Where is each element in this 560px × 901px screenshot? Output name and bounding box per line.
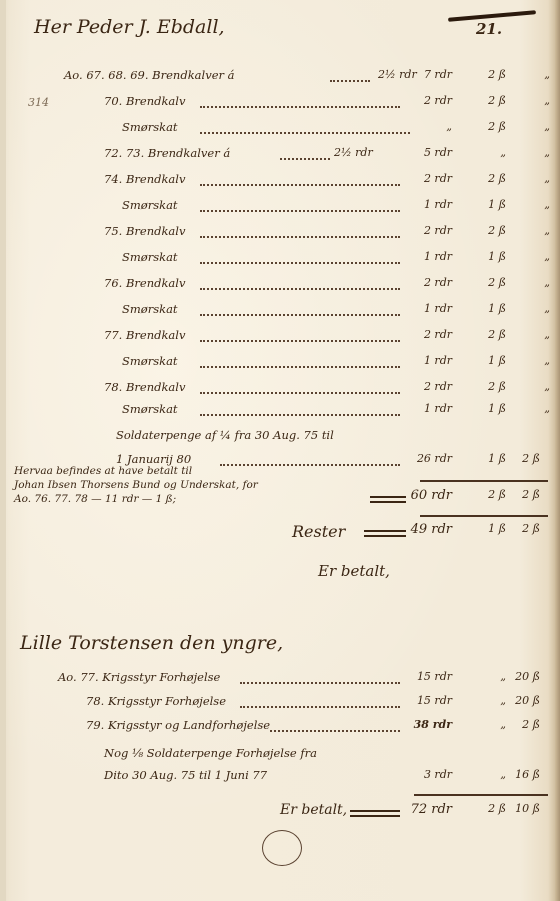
amount-sk: „	[516, 402, 550, 415]
amount-sk: „	[516, 276, 550, 289]
row-label: 79. Krigsstyr og Landforhøjelse	[86, 718, 270, 732]
ledger-row: Smørskat 1 rdr 1 ß „	[0, 302, 560, 322]
amount-rdr: 1 rdr	[390, 402, 452, 415]
dotted-leader	[270, 730, 400, 732]
ledger-row: Ao. 67. 68. 69. Brendkalver á 2½ rdr 7 r…	[0, 68, 560, 88]
amount-rdr: 2 rdr	[390, 224, 452, 237]
amount-sk: 16 ß	[506, 768, 540, 781]
dotted-leader	[200, 392, 400, 394]
paid-note-2: Er betalt,	[280, 802, 347, 818]
amount-ort: „	[462, 670, 506, 683]
amount-rdr: 1 rdr	[390, 198, 452, 211]
dotted-leader	[200, 414, 400, 416]
ledger-total-row: 60 rdr 2 ß 2 ß	[0, 488, 560, 508]
row-label: Dito 30 Aug. 75 til 1 Juni 77	[104, 768, 267, 782]
extra-line-1: Nog ⅛ Soldaterpenge Forhøjelse fra	[104, 746, 317, 760]
note-line: Hervaa befindes at have betalt til	[14, 464, 258, 478]
amount-rdr: 2 rdr	[390, 172, 452, 185]
sum-rule	[414, 794, 548, 796]
ledger-rest-row: Rester 49 rdr 1 ß 2 ß	[0, 522, 560, 542]
dotted-leader	[200, 262, 400, 264]
total-rdr: 60 rdr	[390, 488, 452, 503]
amount-ort: 2 ß	[462, 172, 506, 185]
ledger-row: Dito 30 Aug. 75 til 1 Juni 77 3 rdr „ 16…	[0, 768, 560, 788]
amount-ort: „	[462, 694, 506, 707]
dotted-leader	[200, 366, 400, 368]
amount-rdr: 26 rdr	[390, 452, 452, 465]
amount-sk: „	[516, 224, 550, 237]
amount-ort: 1 ß	[462, 302, 506, 315]
row-label: Ao. 77. Krigsstyr Forhøjelse	[58, 670, 220, 684]
amount-ort: 1 ß	[462, 402, 506, 415]
soldater-line: Soldaterpenge af ¼ fra 30 Aug. 75 til	[116, 428, 334, 442]
row-label: 70. Brendkalv	[104, 94, 185, 108]
amount-ort: 2 ß	[462, 94, 506, 107]
row-label: 77. Brendkalv	[104, 328, 185, 342]
page-number: 21.	[476, 20, 502, 38]
row-label: 75. Brendkalv	[104, 224, 185, 238]
amount-sk: „	[516, 198, 550, 211]
amount-sk: 20 ß	[506, 694, 540, 707]
dotted-leader	[200, 288, 400, 290]
amount-rdr: 38 rdr	[390, 718, 452, 731]
amount-ort: 2 ß	[462, 276, 506, 289]
amount-rdr: 2 rdr	[390, 276, 452, 289]
amount-ort: „	[462, 146, 506, 159]
sum-rule	[420, 515, 548, 517]
dotted-leader	[200, 184, 400, 186]
sum-rule	[420, 480, 548, 482]
rest-ort: 1 ß	[462, 522, 506, 535]
amount-rdr: „	[390, 120, 452, 133]
ledger-row: 78. Brendkalv 2 rdr 2 ß „	[0, 380, 560, 400]
flourish-loop	[262, 830, 302, 866]
ledger-row: Ao. 77. Krigsstyr Forhøjelse 15 rdr „ 20…	[0, 670, 560, 690]
manuscript-page: 21. 314 Her Peder J. Ebdall, Ao. 67. 68.…	[0, 0, 560, 901]
row-label: Smørskat	[122, 250, 178, 264]
amount-rdr: 15 rdr	[390, 694, 452, 707]
amount-rdr: 1 rdr	[390, 354, 452, 367]
ledger-row: 77. Brendkalv 2 rdr 2 ß „	[0, 328, 560, 348]
amount-rdr: 1 rdr	[390, 250, 452, 263]
amount-sk: 20 ß	[506, 670, 540, 683]
amount-rdr: 2 rdr	[390, 328, 452, 341]
dotted-leader	[200, 210, 400, 212]
amount-ort: „	[462, 768, 506, 781]
row-label: Ao. 67. 68. 69. Brendkalver á	[64, 68, 235, 82]
amount-rdr: 7 rdr	[390, 68, 452, 81]
ledger-row: Smørskat 1 rdr 1 ß „	[0, 250, 560, 270]
amount-ort: 1 ß	[462, 250, 506, 263]
row-label: Smørskat	[122, 402, 178, 416]
row-label: 78. Krigsstyr Forhøjelse	[86, 694, 226, 708]
ledger-row: 75. Brendkalv 2 rdr 2 ß „	[0, 224, 560, 244]
ledger-row: 79. Krigsstyr og Landforhøjelse 38 rdr „…	[0, 718, 560, 738]
amount-sk: „	[516, 120, 550, 133]
amount-sk: 2 ß	[506, 452, 540, 465]
amount-ort: 2 ß	[462, 328, 506, 341]
amount-rdr: 5 rdr	[390, 146, 452, 159]
amount-rdr: 15 rdr	[390, 670, 452, 683]
amount-rdr: 1 rdr	[390, 302, 452, 315]
account-1-header: Her Peder J. Ebdall,	[34, 16, 225, 38]
amount-ort: 2 ß	[462, 224, 506, 237]
row-rate: 2½ rdr	[334, 146, 373, 159]
ledger-row: 76. Brendkalv 2 rdr 2 ß „	[0, 276, 560, 296]
amount-rdr: 2 rdr	[390, 94, 452, 107]
ledger-row: Smørskat „ 2 ß „	[0, 120, 560, 140]
dotted-leader	[240, 682, 400, 684]
amount-sk: „	[516, 302, 550, 315]
amount-sk: „	[516, 94, 550, 107]
row-label: 76. Brendkalv	[104, 276, 185, 290]
dotted-leader	[240, 706, 400, 708]
dotted-leader	[280, 158, 330, 160]
dotted-leader	[200, 340, 400, 342]
amount-rdr: 2 rdr	[390, 380, 452, 393]
total-sk: 2 ß	[506, 488, 540, 501]
amount-ort: 2 ß	[462, 68, 506, 81]
amount-ort: 1 ß	[462, 354, 506, 367]
ledger-row: 74. Brendkalv 2 rdr 2 ß „	[0, 172, 560, 192]
amount-sk: 2 ß	[506, 718, 540, 731]
amount-sk: „	[516, 354, 550, 367]
amount-sk: „	[516, 146, 550, 159]
row-label: Smørskat	[122, 120, 178, 134]
ledger-row: 70. Brendkalv 2 rdr 2 ß „	[0, 94, 560, 114]
rest-sk: 2 ß	[506, 522, 540, 535]
account-2-header: Lille Torstensen den yngre,	[20, 632, 283, 654]
total-ort: 2 ß	[462, 488, 506, 501]
dotted-leader	[200, 236, 400, 238]
amount-ort: 1 ß	[462, 452, 506, 465]
dotted-leader	[200, 314, 400, 316]
row-label: 74. Brendkalv	[104, 172, 185, 186]
amount-ort: 2 ß	[462, 120, 506, 133]
dotted-leader	[330, 80, 370, 82]
amount-sk: „	[516, 172, 550, 185]
amount-sk: „	[516, 250, 550, 263]
amount-ort: „	[462, 718, 506, 731]
amount-ort: 1 ß	[462, 198, 506, 211]
paid-note-1: Er betalt,	[318, 562, 390, 580]
ledger-row: 72. 73. Brendkalver á 2½ rdr 5 rdr „ „	[0, 146, 560, 166]
amount-sk: „	[516, 68, 550, 81]
amount-sk: „	[516, 380, 550, 393]
total-rdr: 72 rdr	[390, 802, 452, 817]
amount-ort: 2 ß	[462, 380, 506, 393]
dotted-leader	[200, 132, 410, 134]
ledger-row: Smørskat 1 rdr 1 ß „	[0, 402, 560, 422]
row-label: Smørskat	[122, 354, 178, 368]
total-ort: 2 ß	[462, 802, 506, 815]
row-label: Smørskat	[122, 302, 178, 316]
amount-rdr: 3 rdr	[390, 768, 452, 781]
ledger-total-row: Er betalt, 72 rdr 2 ß 10 ß	[0, 802, 560, 822]
rest-label: Rester	[292, 522, 345, 541]
total-sk: 10 ß	[506, 802, 540, 815]
rest-rdr: 49 rdr	[390, 522, 452, 537]
ledger-row: Smørskat 1 rdr 1 ß „	[0, 198, 560, 218]
row-label: 78. Brendkalv	[104, 380, 185, 394]
ledger-row: Smørskat 1 rdr 1 ß „	[0, 354, 560, 374]
row-label: 72. 73. Brendkalver á	[104, 146, 230, 160]
dotted-leader	[200, 106, 400, 108]
amount-sk: „	[516, 328, 550, 341]
row-label: Smørskat	[122, 198, 178, 212]
ledger-row: 78. Krigsstyr Forhøjelse 15 rdr „ 20 ß	[0, 694, 560, 714]
